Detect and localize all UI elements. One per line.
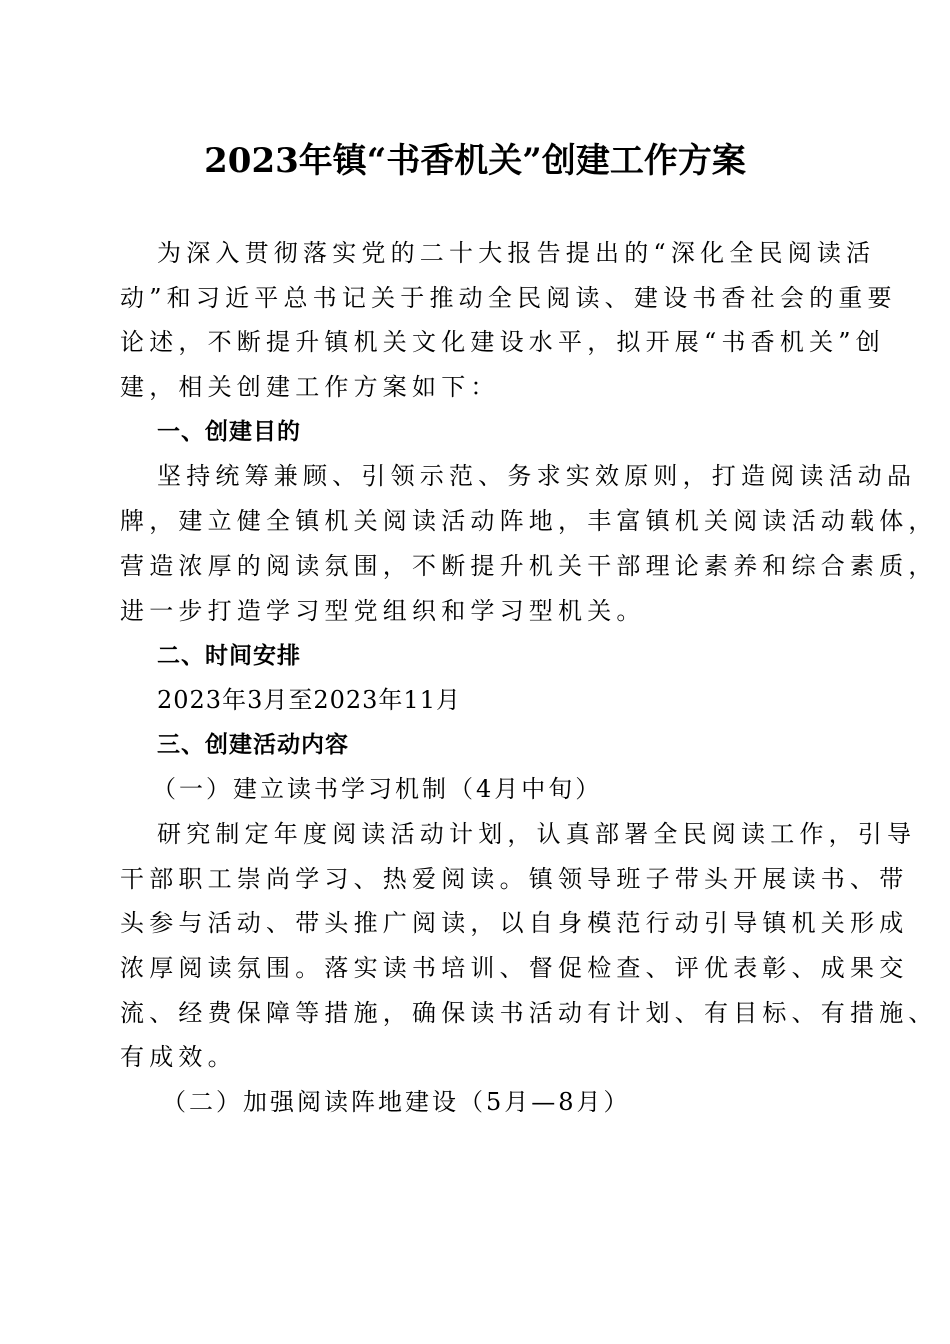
intro-line-3: 论述，不断提升镇机关文化建设水平，拟开展“书香机关”创 xyxy=(120,327,885,357)
document-title: 2023年镇“书香机关”创建工作方案 xyxy=(0,138,950,184)
subsection-heading-mechanism: （一）建立读书学习机制（4月中旬） xyxy=(152,774,602,804)
mechanism-line-6: 有成效。 xyxy=(120,1042,237,1072)
purpose-line-4: 进一步打造学习型党组织和学习型机关。 xyxy=(120,596,646,626)
document-page: 2023年镇“书香机关”创建工作方案 为深入贯彻落实党的二十大报告提出的“深化全… xyxy=(0,0,950,1344)
section-heading-purpose: 一、创建目的 xyxy=(157,417,301,447)
purpose-line-1: 坚持统筹兼顾、引领示范、务求实效原则，打造阅读活动品 xyxy=(157,461,916,491)
mechanism-line-5: 流、经费保障等措施，确保读书活动有计划、有目标、有措施、 xyxy=(120,998,938,1028)
schedule-line-1: 2023年3月至2023年11月 xyxy=(157,685,461,715)
intro-line-1: 为深入贯彻落实党的二十大报告提出的“深化全民阅读活 xyxy=(157,238,875,268)
intro-line-2: 动”和习近平总书记关于推动全民阅读、建设书香社会的重要 xyxy=(120,283,897,313)
intro-line-4: 建，相关创建工作方案如下： xyxy=(120,372,500,402)
section-heading-schedule: 二、时间安排 xyxy=(157,641,301,671)
purpose-line-3: 营造浓厚的阅读氛围，不断提升机关干部理论素养和综合素质， xyxy=(120,551,938,581)
mechanism-line-1: 研究制定年度阅读活动计划，认真部署全民阅读工作，引导 xyxy=(157,819,916,849)
mechanism-line-3: 头参与活动、带头推广阅读，以自身模范行动引导镇机关形成 xyxy=(120,908,908,938)
purpose-line-2: 牌，建立健全镇机关阅读活动阵地，丰富镇机关阅读活动载体， xyxy=(120,506,938,536)
subsection-heading-reading-venues: （二）加强阅读阵地建设（5月—8月） xyxy=(162,1087,631,1117)
mechanism-line-4: 浓厚阅读氛围。落实读书培训、督促检查、评优表彰、成果交 xyxy=(120,953,908,983)
section-heading-activities: 三、创建活动内容 xyxy=(157,730,349,760)
mechanism-line-2: 干部职工崇尚学习、热爱阅读。镇领导班子带头开展读书、带 xyxy=(120,864,908,894)
